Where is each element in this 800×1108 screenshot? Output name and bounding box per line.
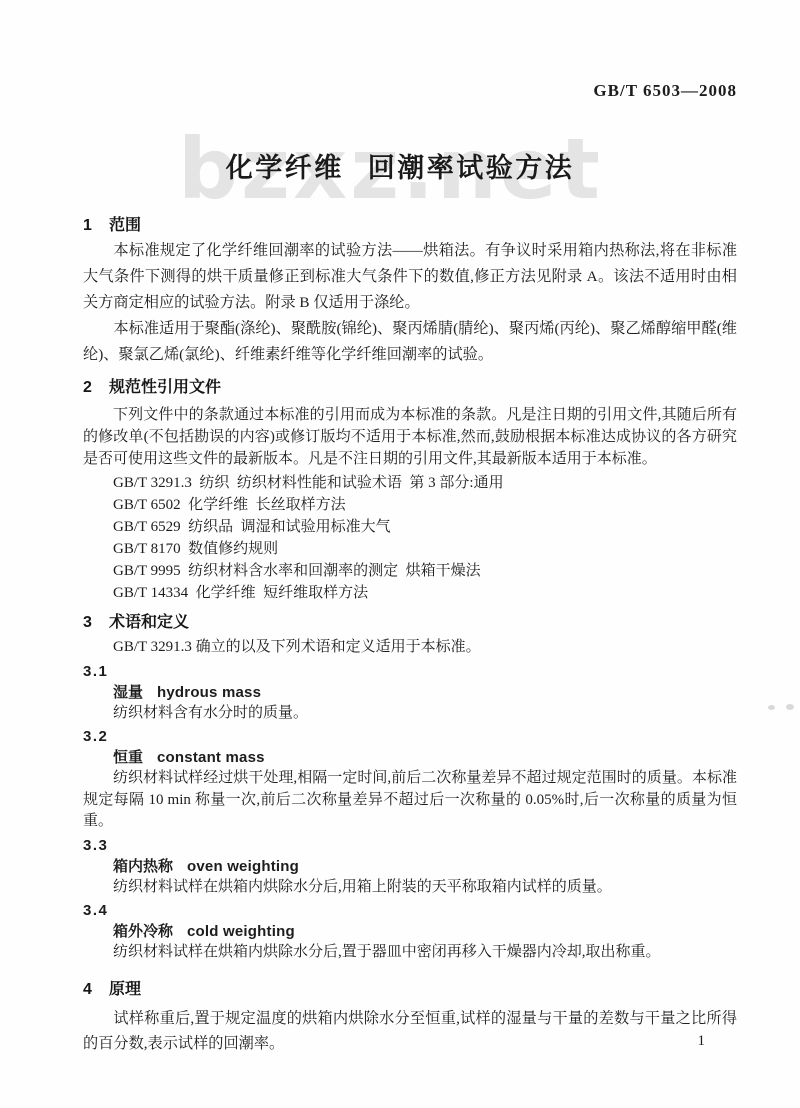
term-definition: 纺织材料试样在烘箱内烘除水分后,置于器皿中密闭再移入干燥器内冷却,取出称重。: [83, 942, 737, 964]
document-body: 1范围 本标准规定了化学纤维回潮率的试验方法——烘箱法。有争议时采用箱内热称法,…: [83, 214, 737, 1056]
section-title: 原理: [109, 981, 141, 998]
term-name: 恒重constant mass: [83, 747, 737, 768]
term-name-en: oven weighting: [187, 858, 299, 875]
document-page: bzxz.net GB/T 6503—2008 化学纤维回潮率试验方法 1范围 …: [0, 0, 800, 1108]
section-title: 术语和定义: [109, 614, 189, 631]
section-heading-principle: 4原理: [83, 978, 737, 1002]
term-name: 箱外冷称cold weighting: [83, 921, 737, 942]
term-name-en: hydrous mass: [157, 684, 261, 701]
term-definition: 纺织材料试样在烘箱内烘除水分后,用箱上附装的天平称取箱内试样的质量。: [83, 877, 737, 899]
title-part-1: 化学纤维: [226, 153, 344, 183]
term-name-cn: 箱外冷称: [113, 923, 173, 940]
term-name: 箱内热称oven weighting: [83, 856, 737, 877]
clause-number: 3.1: [83, 661, 737, 682]
reference-item: GB/T 6529 纺织品 调湿和试验用标准大气: [83, 516, 737, 538]
scan-artifact: [768, 705, 775, 710]
term-block-cold-weighting: 3.4 箱外冷称cold weighting 纺织材料试样在烘箱内烘除水分后,置…: [83, 900, 737, 964]
reference-item: GB/T 6502 化学纤维 长丝取样方法: [83, 494, 737, 516]
paragraph: 试样称重后,置于规定温度的烘箱内烘除水分至恒重,试样的湿量与干量的差数与干量之比…: [83, 1006, 737, 1056]
section-title: 范围: [109, 217, 141, 234]
term-name-cn: 箱内热称: [113, 858, 173, 875]
paragraph: 本标准适用于聚酯(涤纶)、聚酰胺(锦纶)、聚丙烯腈(腈纶)、聚丙烯(丙纶)、聚乙…: [83, 316, 737, 368]
term-name-cn: 湿量: [113, 684, 143, 701]
terms-intro-paragraph: GB/T 3291.3 确立的以及下列术语和定义适用于本标准。: [83, 637, 737, 659]
section-number: 2: [83, 376, 95, 400]
document-title: 化学纤维回潮率试验方法: [0, 146, 800, 185]
reference-item: GB/T 9995 纺织材料含水率和回潮率的测定 烘箱干燥法: [83, 560, 737, 582]
standard-number: GB/T 6503—2008: [593, 81, 737, 101]
term-name-cn: 恒重: [113, 749, 143, 766]
section-heading-normative-references: 2规范性引用文件: [83, 376, 737, 400]
reference-item: GB/T 8170 数值修约规则: [83, 538, 737, 560]
page-number: 1: [698, 1033, 706, 1050]
section-title: 规范性引用文件: [109, 379, 221, 396]
term-name-en: cold weighting: [187, 923, 295, 940]
section-number: 4: [83, 978, 95, 1002]
term-name: 湿量hydrous mass: [83, 682, 737, 703]
section-number: 3: [83, 611, 95, 635]
term-name-en: constant mass: [157, 749, 265, 766]
term-block-oven-weighting: 3.3 箱内热称oven weighting 纺织材料试样在烘箱内烘除水分后,用…: [83, 835, 737, 899]
title-part-2: 回潮率试验方法: [368, 153, 575, 183]
section-number: 1: [83, 214, 95, 238]
section-heading-terms-and-definitions: 3术语和定义: [83, 611, 737, 635]
term-block-constant-mass: 3.2 恒重constant mass 纺织材料试样经过烘干处理,相隔一定时间,…: [83, 726, 737, 833]
scan-artifact: [786, 704, 794, 710]
term-block-hydrous-mass: 3.1 湿量hydrous mass 纺织材料含有水分时的质量。: [83, 661, 737, 725]
reference-list: GB/T 3291.3 纺织 纺织材料性能和试验术语 第 3 部分:通用 GB/…: [83, 472, 737, 604]
paragraph: 下列文件中的条款通过本标准的引用而成为本标准的条款。凡是注日期的引用文件,其随后…: [83, 404, 737, 470]
term-definition: 纺织材料试样经过烘干处理,相隔一定时间,前后二次称量差异不超过规定范围时的质量。…: [83, 768, 737, 833]
term-definition: 纺织材料含有水分时的质量。: [83, 703, 737, 725]
paragraph: 本标准规定了化学纤维回潮率的试验方法——烘箱法。有争议时采用箱内热称法,将在非标…: [83, 238, 737, 316]
section-heading-scope: 1范围: [83, 214, 737, 238]
clause-number: 3.4: [83, 900, 737, 921]
reference-item: GB/T 14334 化学纤维 短纤维取样方法: [83, 582, 737, 604]
clause-number: 3.3: [83, 835, 737, 856]
clause-number: 3.2: [83, 726, 737, 747]
reference-item: GB/T 3291.3 纺织 纺织材料性能和试验术语 第 3 部分:通用: [83, 472, 737, 494]
